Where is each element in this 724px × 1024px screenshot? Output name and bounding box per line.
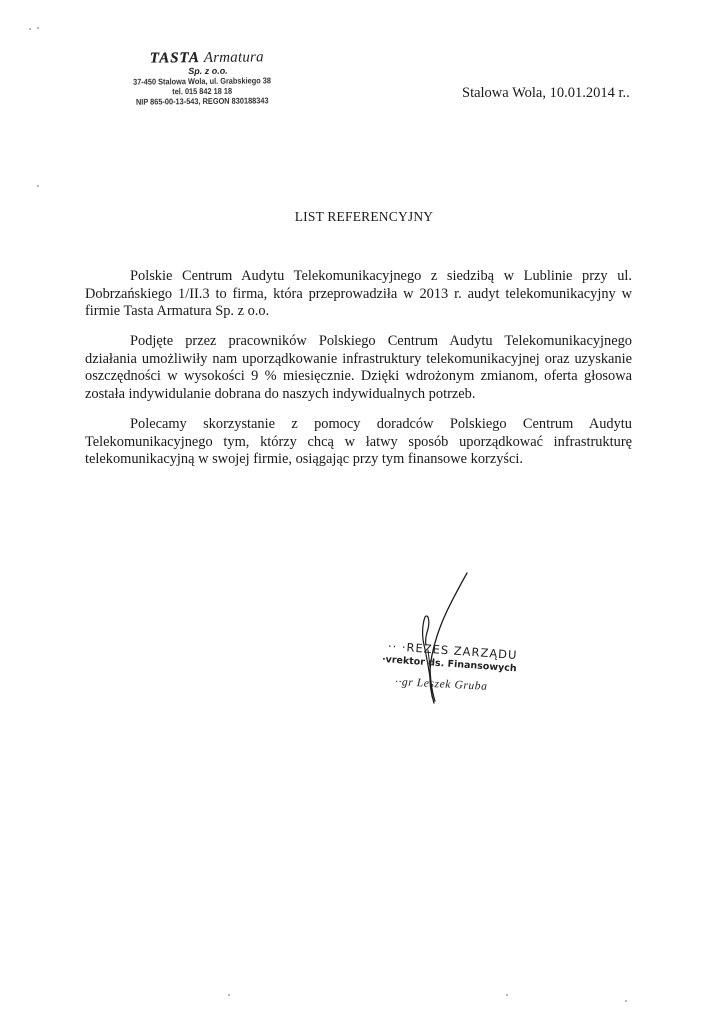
company-name: TASTA Armatura (122, 49, 292, 67)
scan-speck (37, 185, 39, 187)
document-title: LIST REFERENCYJNY (0, 209, 724, 225)
scan-speck (625, 1000, 627, 1002)
signature-block: ·· ·REZES ZARZĄDU ·vrektor ds. Finansowy… (360, 555, 580, 715)
company-registry: NIP 865-00-13-543, REGON 830188343 (123, 95, 281, 107)
scan-speck (37, 27, 39, 29)
place-date: Stalowa Wola, 10.01.2014 r.. (462, 85, 630, 102)
company-brand-main: TASTA (150, 50, 200, 67)
paragraph-recommendation: Polecamy skorzystanie z pomocy doradców … (85, 416, 632, 469)
company-brand-sub: Armatura (204, 49, 264, 66)
company-stamp: TASTA Armatura Sp. z o.o. 37-450 Stalowa… (112, 49, 293, 107)
letter-body: Polskie Centrum Audytu Telekomunikacyjne… (85, 268, 632, 481)
scan-speck (506, 994, 508, 996)
scan-speck (29, 28, 31, 30)
letter-page: TASTA Armatura Sp. z o.o. 37-450 Stalowa… (0, 0, 724, 1024)
scan-speck (228, 994, 230, 996)
paragraph-introduction: Polskie Centrum Audytu Telekomunikacyjne… (85, 268, 632, 321)
paragraph-results: Podjęte przez pracowników Polskiego Cent… (85, 333, 632, 403)
